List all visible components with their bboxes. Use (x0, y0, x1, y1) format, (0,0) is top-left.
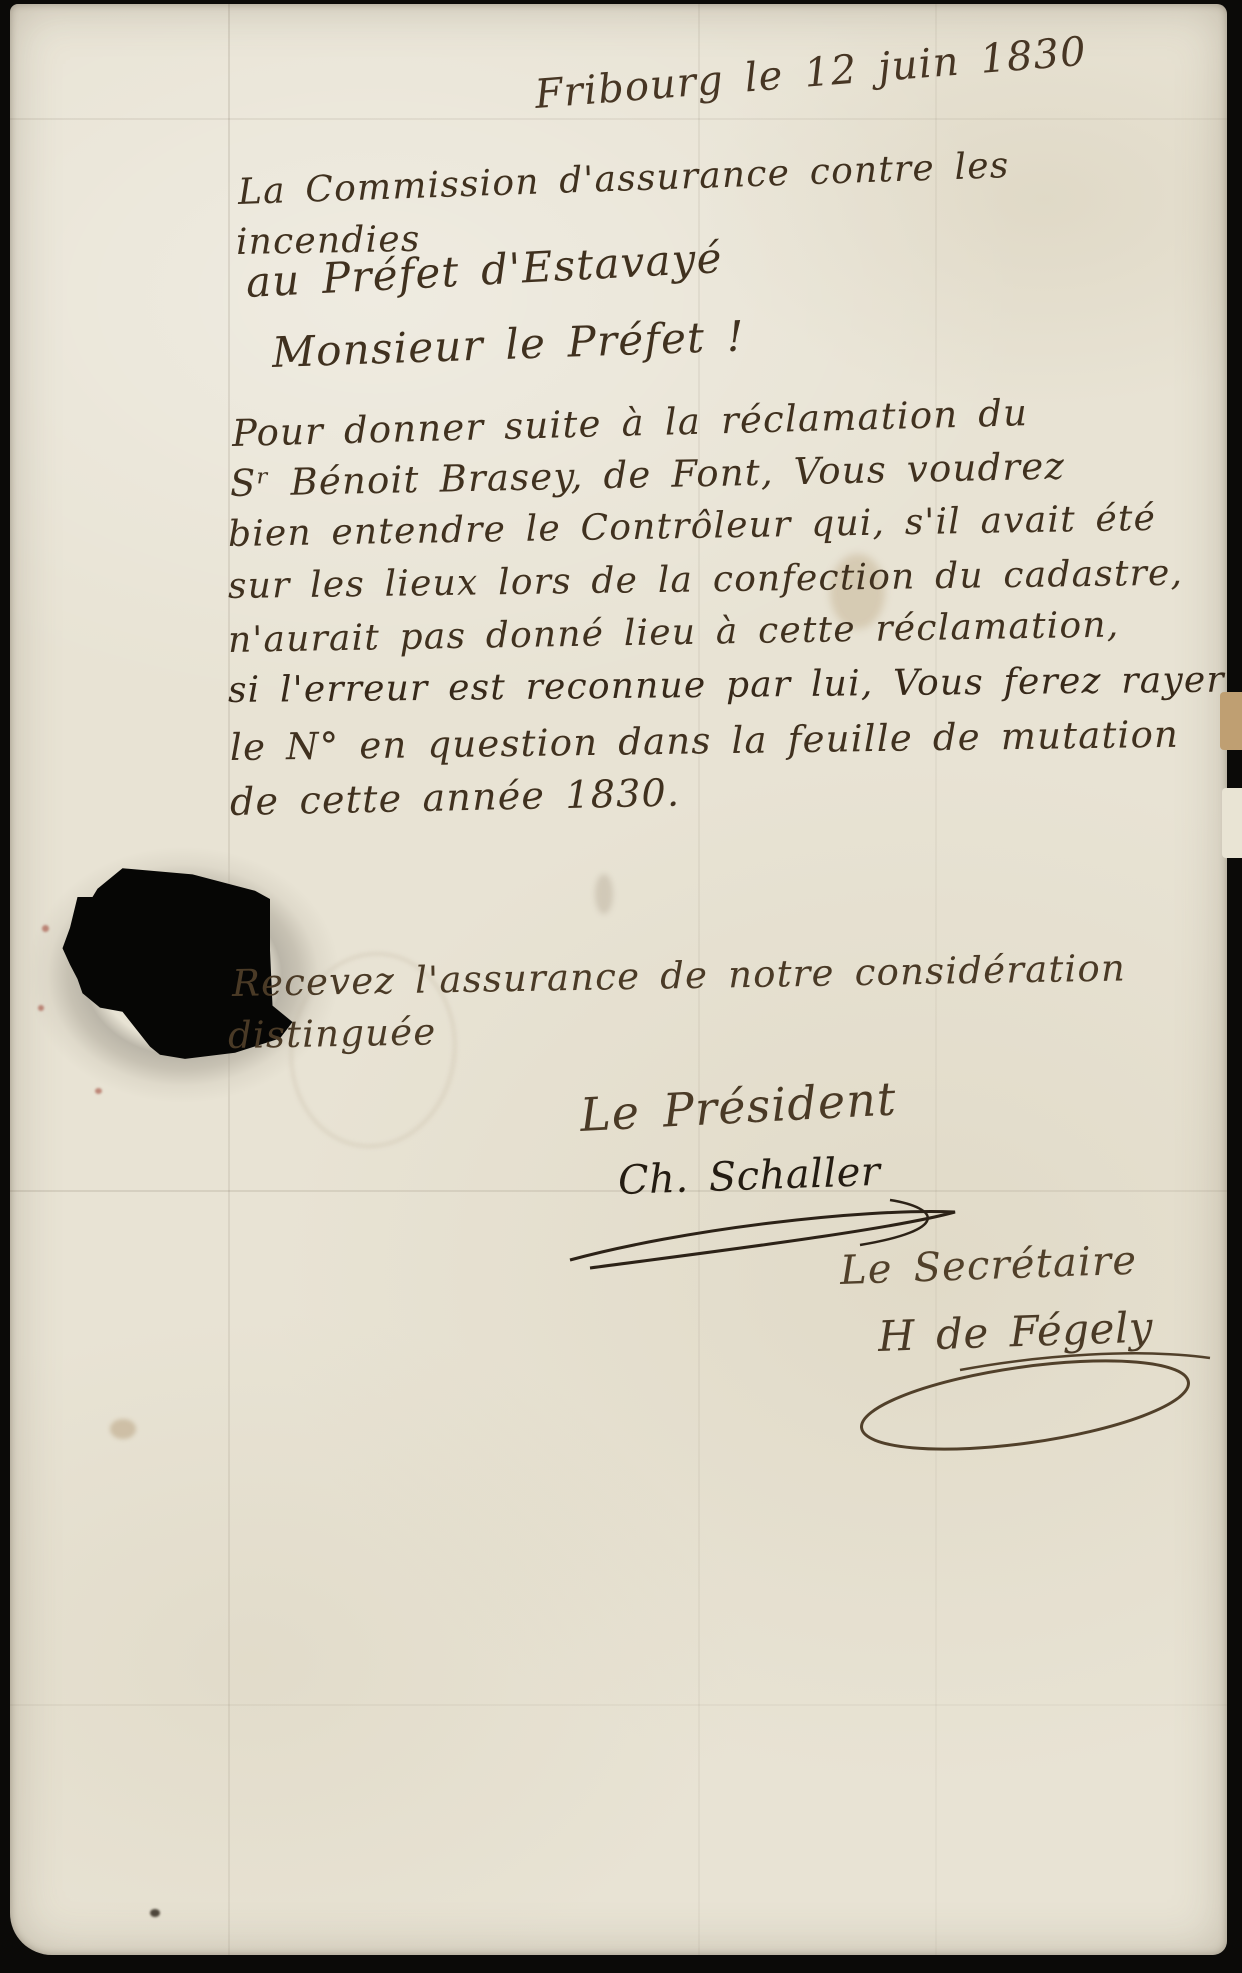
wax-speck (95, 1088, 102, 1094)
horizontal-fold-line (10, 118, 1227, 120)
paper-stain (595, 874, 613, 914)
horizontal-fold-line (10, 1704, 1227, 1706)
closing-line-2: distinguée (228, 1010, 437, 1057)
wax-speck (42, 925, 49, 932)
secretary-signature: H de Fégely (877, 1302, 1154, 1361)
wax-speck (38, 1005, 44, 1011)
paper-stain (110, 1419, 136, 1439)
dirt-speck (150, 1909, 160, 1917)
scanned-letter: Fribourg le 12 juin 1830 La Commission d… (0, 0, 1242, 1973)
body-line: de cette année 1830. (230, 771, 681, 824)
president-signature: Ch. Schaller (617, 1149, 881, 1204)
